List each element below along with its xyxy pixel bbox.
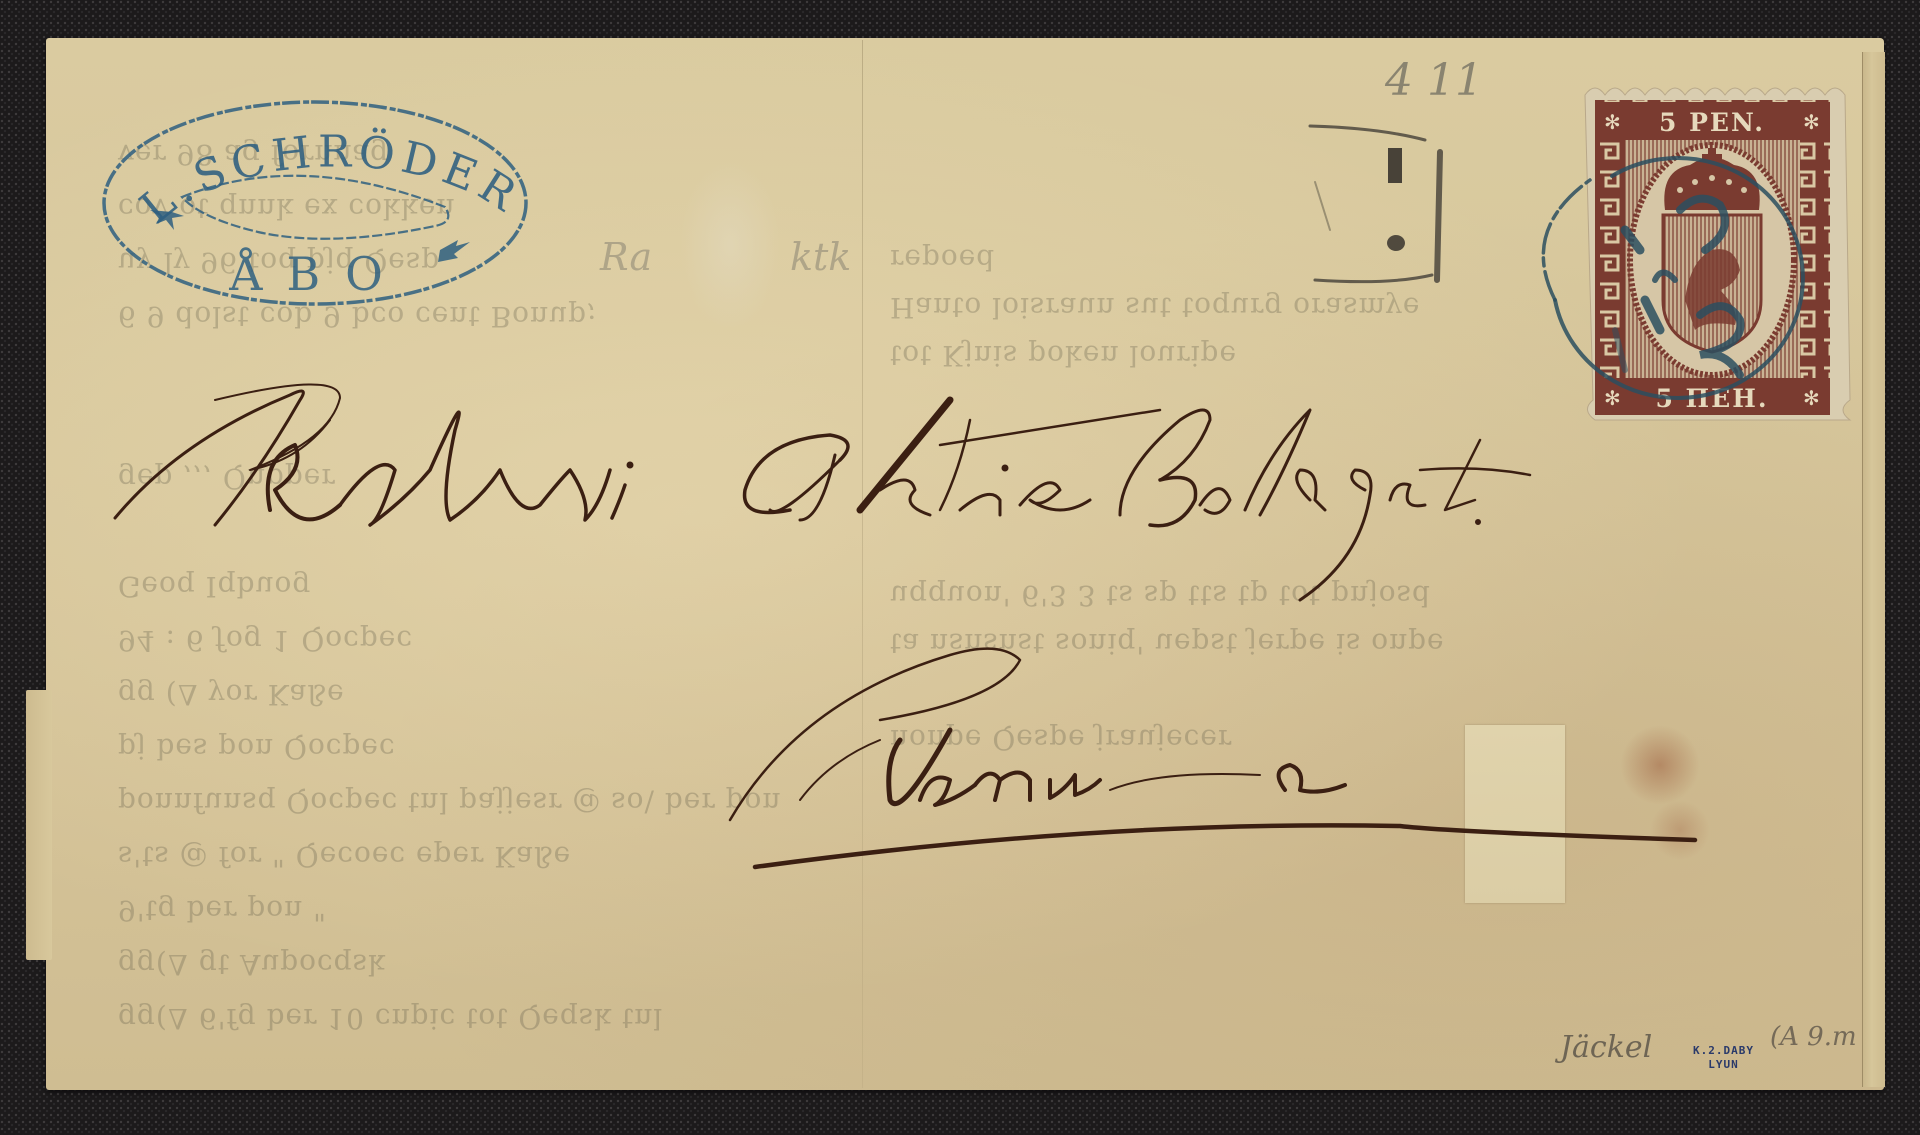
handwritten-address bbox=[0, 0, 1920, 1135]
pencil-note-mid: ktk bbox=[790, 235, 851, 279]
photo-scene: ver 98 ag fornnagcov ot qnnk ex cokkenuy… bbox=[0, 0, 1920, 1135]
pencil-note-top: 4 11 bbox=[1385, 55, 1483, 106]
pencil-note-bottom: (A 9.m bbox=[1770, 1022, 1857, 1052]
expert-signature: Jäckel bbox=[1560, 1030, 1652, 1065]
expert-mark-line1: K.2.DABY bbox=[1693, 1044, 1754, 1058]
pencil-note-left: Ra bbox=[600, 235, 652, 279]
expert-mark-line2: LYUN bbox=[1693, 1058, 1754, 1072]
expert-mark: K.2.DABY LYUN bbox=[1693, 1044, 1754, 1072]
